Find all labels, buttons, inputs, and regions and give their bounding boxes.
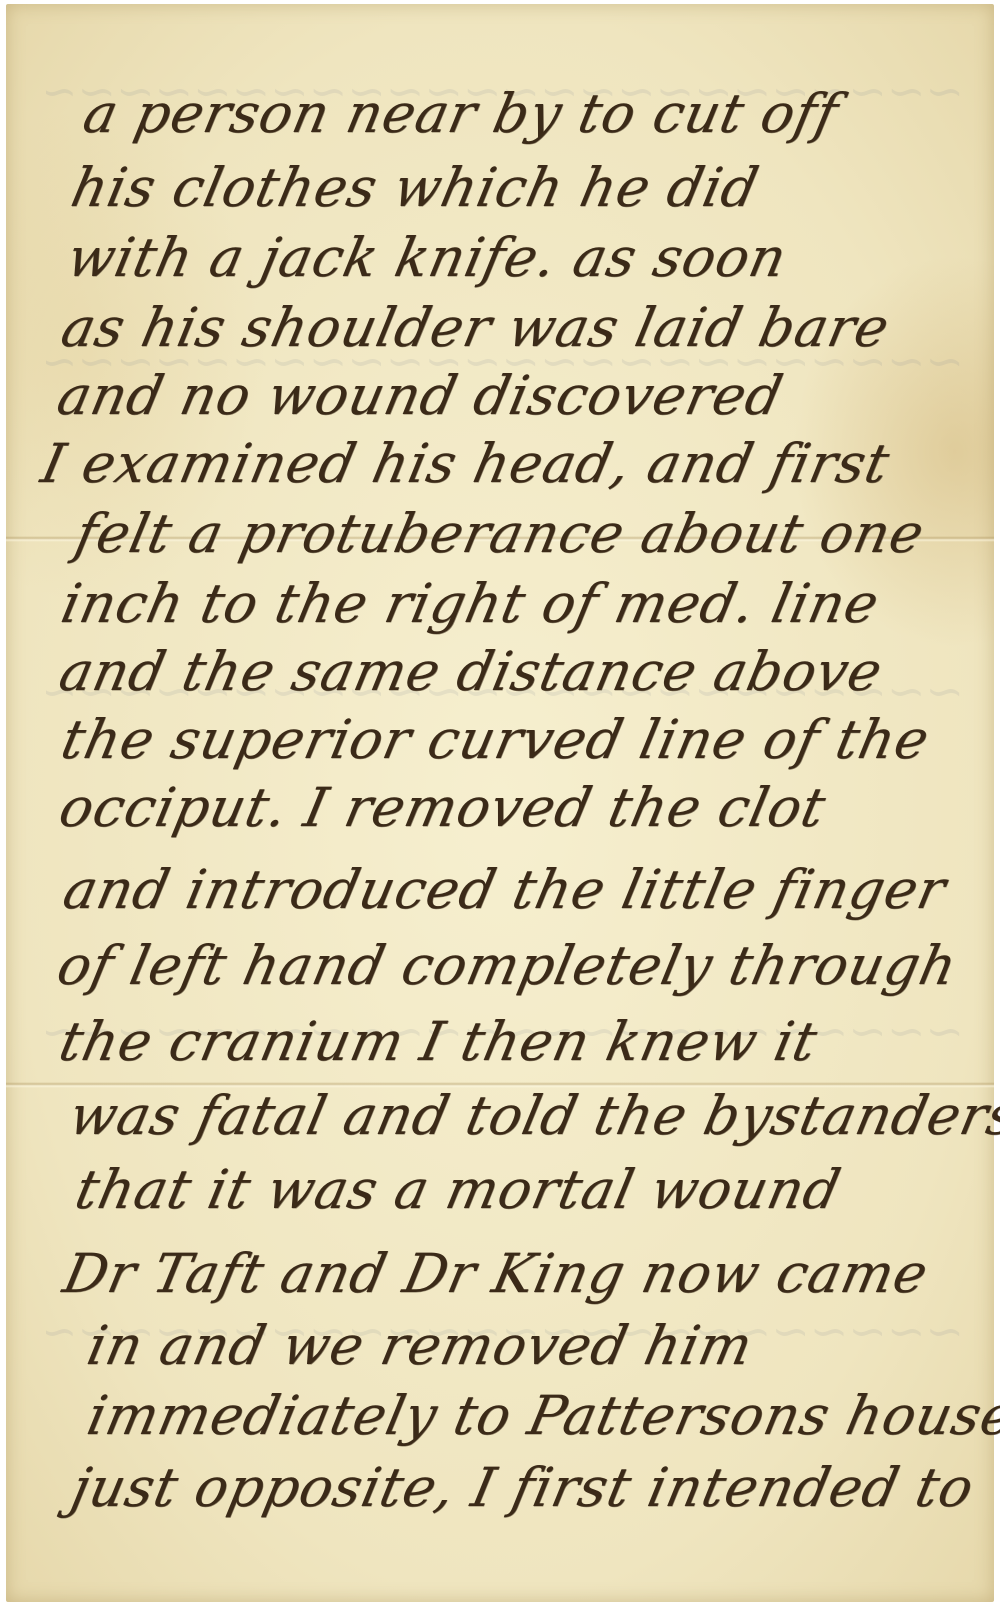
text-line: I examined his head, and first [36,432,895,495]
text-line: a person near by to cut off [78,82,844,145]
text-line: immediately to Pattersons house [82,1384,1000,1447]
text-line: Dr Taft and Dr King now came [58,1242,934,1305]
text-line: and introduced the little finger [58,858,952,921]
text-line: occiput. I removed the clot [54,776,832,839]
text-line: and no wound discovered [52,364,789,427]
text-line: that it was a mortal wound [70,1158,846,1221]
text-line: of left hand completely through [52,934,963,997]
text-line: was fatal and told the bystanders [64,1084,1000,1147]
text-line: and the same distance above [54,640,888,703]
text-line: in and we removed him [82,1314,759,1377]
handwritten-text: a person near by to cut off his clothes … [6,4,994,1602]
text-line: inch to the right of med. line [56,572,885,635]
letter-page: ~~~~~~~~~~~~~~~~~~~~~~~~~~~ ~~~~~~~~~~~~… [6,4,994,1602]
text-line: his clothes which he did [66,156,764,219]
text-line: just opposite, I first intended to [66,1456,980,1519]
text-line: as his shoulder was laid bare [56,296,895,359]
text-line: with a jack knife. as soon [62,226,793,289]
text-line: the superior curved line of the [56,708,935,771]
text-line: felt a protuberance about one [70,502,930,565]
text-line: the cranium I then knew it [54,1010,823,1073]
